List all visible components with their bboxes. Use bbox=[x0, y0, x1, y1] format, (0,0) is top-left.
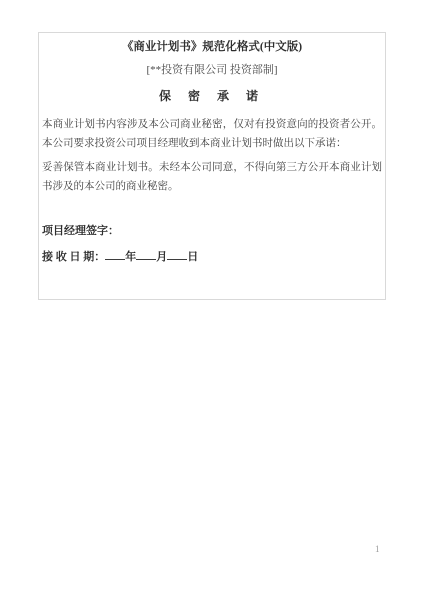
paragraph-confidentiality-intro: 本商业计划书内容涉及本公司商业秘密，仅对有投资意向的投资者公开。本公司要求投资公… bbox=[42, 115, 382, 153]
paragraph-confidentiality-terms: 妥善保管本商业计划书。未经本公司同意，不得向第三方公开本商业计划书涉及的本公司的… bbox=[42, 158, 382, 196]
page-number: 1 bbox=[375, 544, 380, 555]
receive-date-line: 接 收 日 期：年月日 bbox=[42, 249, 382, 264]
year-blank-line bbox=[105, 249, 125, 260]
document-title: 《商业计划书》规范化格式(中文版) bbox=[42, 40, 382, 54]
day-unit-label: 日 bbox=[187, 251, 198, 263]
receive-date-label: 接 收 日 期： bbox=[42, 251, 105, 263]
document-subtitle: [**投资有限公司 投资部制] bbox=[42, 63, 382, 77]
project-manager-signature-label: 项目经理签字： bbox=[42, 224, 382, 238]
document-page: 《商业计划书》规范化格式(中文版) [**投资有限公司 投资部制] 保 密 承 … bbox=[0, 0, 424, 600]
month-blank-line bbox=[136, 249, 156, 260]
section-heading-confidentiality: 保 密 承 诺 bbox=[42, 89, 382, 104]
confidentiality-box: 《商业计划书》规范化格式(中文版) [**投资有限公司 投资部制] 保 密 承 … bbox=[38, 32, 386, 300]
year-unit-label: 年 bbox=[125, 251, 136, 263]
day-blank-line bbox=[167, 249, 187, 260]
month-unit-label: 月 bbox=[156, 251, 167, 263]
